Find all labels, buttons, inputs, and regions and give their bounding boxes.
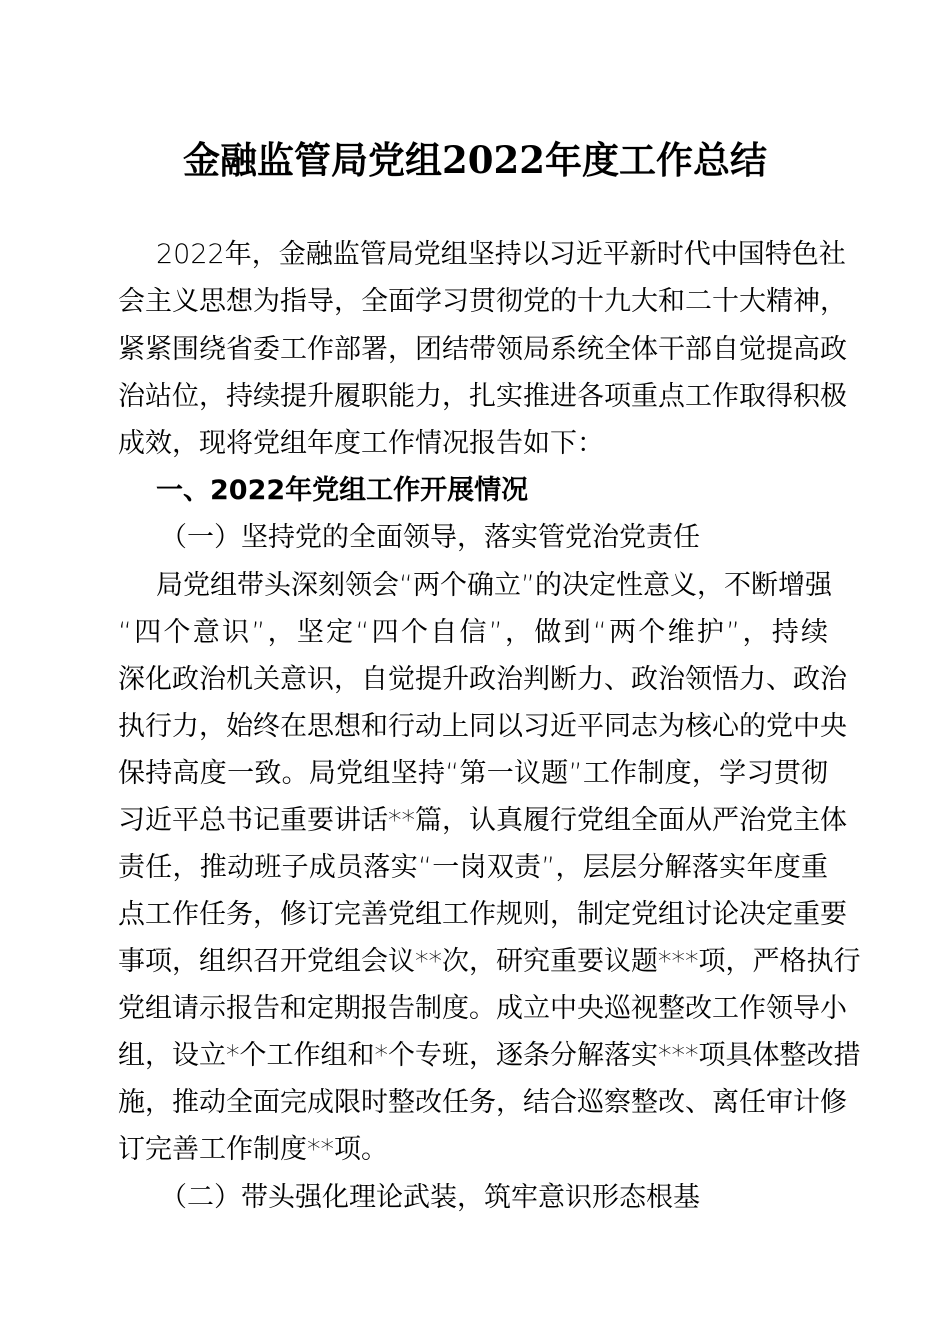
intro-line: 治站位，持续提升履职能力，扎实推进各项重点工作取得积极 <box>118 377 828 417</box>
body-line: 组，设立*个工作组和*个专班，逐条分解落实***项具体整改措 <box>118 1036 828 1076</box>
body-line: 深化政治机关意识，自觉提升政治判断力、政治领悟力、政治 <box>118 660 828 700</box>
body-line: 订完善工作制度**项。 <box>118 1130 828 1170</box>
document-page: 金融监管局党组2022年度工作总结 2022年，金融监管局党组坚持以习近平新时代… <box>0 0 950 1344</box>
body-line: “四个意识”，坚定“四个自信”，做到“两个维护”，持续 <box>118 613 828 653</box>
intro-line: 会主义思想为指导，全面学习贯彻党的十九大和二十大精神， <box>118 282 828 322</box>
body-line: 执行力，始终在思想和行动上同以习近平同志为核心的党中央 <box>118 707 828 747</box>
body-line: 事项，组织召开党组会议**次，研究重要议题***项，严格执行 <box>118 942 828 982</box>
body-line: 习近平总书记重要讲话**篇，认真履行党组全面从严治党主体 <box>118 801 828 841</box>
body-line: 责任，推动班子成员落实“一岗双责”，层层分解落实年度重 <box>118 848 828 888</box>
intro-line: 成效，现将党组年度工作情况报告如下： <box>118 424 828 464</box>
body-line: 保持高度一致。局党组坚持“第一议题”工作制度，学习贯彻 <box>118 754 828 794</box>
body-line: 局党组带头深刻领会“两个确立”的决定性意义，不断增强 <box>156 566 828 606</box>
body-line: 点工作任务，修订完善党组工作规则，制定党组讨论决定重要 <box>118 895 828 935</box>
document-title: 金融监管局党组2022年度工作总结 <box>0 135 950 185</box>
intro-line: 紧紧围绕省委工作部署，团结带领局系统全体干部自觉提高政 <box>118 330 828 370</box>
body-line: 党组请示报告和定期报告制度。成立中央巡视整改工作领导小 <box>118 989 828 1029</box>
subsection-heading: （二）带头强化理论武装，筑牢意识形态根基 <box>160 1178 700 1218</box>
intro-line: 2022年，金融监管局党组坚持以习近平新时代中国特色社 <box>156 235 828 275</box>
subsection-heading: （一）坚持党的全面领导，落实管党治党责任 <box>160 518 700 558</box>
body-line: 施，推动全面完成限时整改任务，结合巡察整改、离任审计修 <box>118 1083 828 1123</box>
section-heading: 一、2022年党组工作开展情况 <box>156 471 528 511</box>
